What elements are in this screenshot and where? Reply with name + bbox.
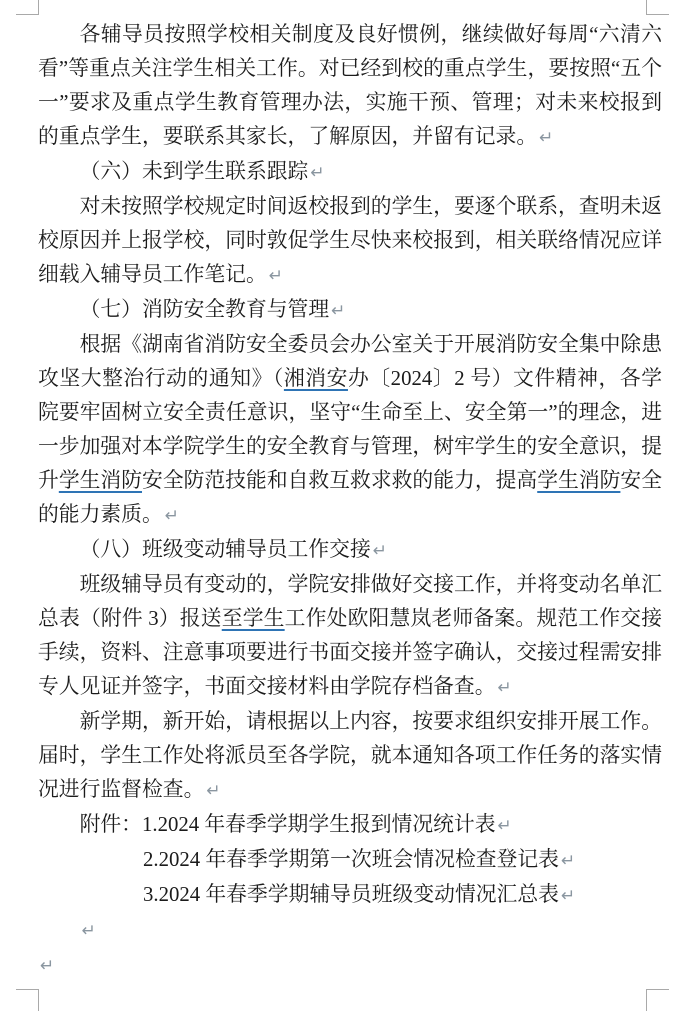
paragraph-mark-icon: ↵: [329, 301, 345, 321]
paragraph: 各辅导员按照学校相关制度及良好惯例，继续做好每周“六清六看”等重点关注学生相关工…: [38, 18, 662, 155]
text-run: （七）消防安全教育与管理: [80, 298, 330, 321]
text-run: 安全防范技能和自救互救求救的能力，提高: [142, 469, 537, 492]
page-margin-mark-bottom-left: [16, 989, 39, 1011]
text-run: 新学期，新开始，请根据以上内容，按要求组织安排开展工作。届时，学生工作处将派员至…: [38, 710, 662, 801]
paragraph: 2.2024 年春季学期第一次班会情况检查登记表↵: [38, 843, 662, 878]
underlined-text-run: 学生消防: [59, 469, 142, 492]
text-run: 各辅导员按照学校相关制度及良好惯例，继续做好每周“六清六看”等重点关注学生相关工…: [38, 23, 662, 148]
paragraph: 班级辅导员有变动的，学院安排做好交接工作，并将变动名单汇总表（附件 3）报送至学…: [38, 568, 662, 705]
paragraph: 附件：1.2024 年春季学期学生报到情况统计表↵: [38, 808, 662, 843]
paragraph-mark-icon: ↵: [267, 266, 283, 286]
document-page: 各辅导员按照学校相关制度及良好惯例，继续做好每周“六清六看”等重点关注学生相关工…: [0, 0, 684, 1011]
paragraph-mark-icon: ↵: [496, 816, 512, 836]
paragraph-mark-icon: ↵: [308, 163, 324, 183]
text-run: 对未按照学校规定时间返校报到的学生，要逐个联系，查明未返校原因并上报学校，同时敦…: [38, 195, 662, 286]
underlined-text-run: 湘消安: [284, 367, 348, 390]
paragraph: ↵: [38, 948, 662, 983]
text-run: （八）班级变动辅导员工作交接: [80, 538, 371, 561]
page-margin-mark-bottom-right: [646, 989, 669, 1011]
paragraph-mark-icon: ↵: [38, 956, 54, 976]
paragraph-mark-icon: ↵: [559, 886, 575, 906]
paragraph: 新学期，新开始，请根据以上内容，按要求组织安排开展工作。届时，学生工作处将派员至…: [38, 705, 662, 808]
text-run: 3.2024 年春季学期辅导员班级变动情况汇总表: [143, 883, 559, 906]
text-run: 2.2024 年春季学期第一次班会情况检查登记表: [143, 848, 559, 871]
document-body: 各辅导员按照学校相关制度及良好惯例，继续做好每周“六清六看”等重点关注学生相关工…: [38, 18, 662, 983]
paragraph: ↵: [38, 913, 662, 948]
paragraph: 对未按照学校规定时间返校报到的学生，要逐个联系，查明未返校原因并上报学校，同时敦…: [38, 190, 662, 293]
paragraph: 根据《湖南省消防安全委员会办公室关于开展消防安全集中除患攻坚大整治行动的通知》（…: [38, 328, 662, 533]
paragraph-mark-icon: ↵: [559, 851, 575, 871]
paragraph-mark-icon: ↵: [163, 506, 179, 526]
underlined-text-run: 学生消防: [537, 469, 620, 492]
paragraph: （七）消防安全教育与管理↵: [38, 293, 662, 328]
paragraph-mark-icon: ↵: [537, 128, 553, 148]
paragraph: （八）班级变动辅导员工作交接↵: [38, 533, 662, 568]
paragraph-mark-icon: ↵: [204, 781, 220, 801]
paragraph: （六）未到学生联系跟踪↵: [38, 155, 662, 190]
page-margin-mark-top-left: [16, 0, 39, 15]
text-run: （六）未到学生联系跟踪: [80, 160, 309, 183]
underlined-text-run: 至学生: [222, 607, 285, 630]
page-margin-mark-top-right: [646, 0, 669, 15]
paragraph: 3.2024 年春季学期辅导员班级变动情况汇总表↵: [38, 878, 662, 913]
paragraph-mark-icon: ↵: [371, 541, 387, 561]
paragraph-mark-icon: ↵: [80, 921, 96, 941]
text-run: 附件：1.2024 年春季学期学生报到情况统计表: [80, 813, 496, 836]
paragraph-mark-icon: ↵: [496, 678, 512, 698]
